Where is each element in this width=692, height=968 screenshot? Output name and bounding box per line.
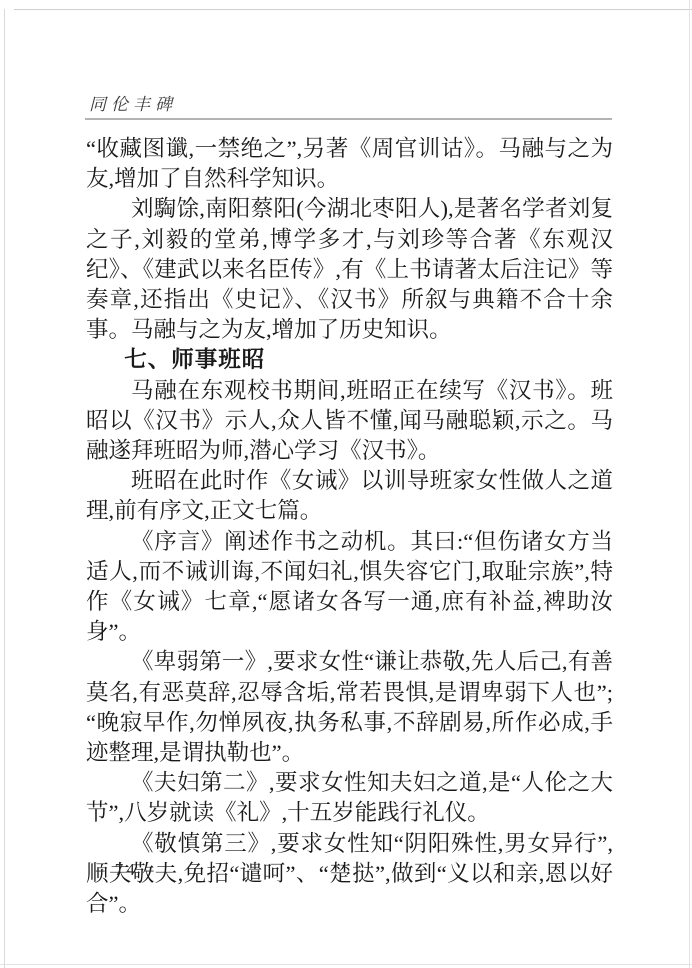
paragraph: 班昭在此时作《女诫》以训导班家女性做人之道理,前有序文,正文七篇。: [86, 466, 613, 526]
paragraph: 《卑弱第一》,要求女性“谦让恭敬,先人后己,有善莫名,有恶莫辞,忍辱含垢,常若畏…: [86, 647, 613, 768]
paragraph: 《敬慎第三》,要求女性知“阴阳殊性,男女异行”,顺夫敬夫,免招“谴呵”、“楚挞”…: [86, 829, 613, 920]
section-heading: 七、师事班昭: [86, 345, 613, 375]
paragraph: 马融在东观校书期间,班昭正在续写《汉书》。班昭以《汉书》示人,众人皆不懂,闻马融…: [86, 376, 613, 467]
header-divider: [85, 118, 612, 120]
book-page: 同伦丰碑 “收藏图谶,一禁绝之”,另著《周官训诂》。马融与之为友,增加了自然科学…: [0, 0, 692, 968]
scan-edge-top: [14, 9, 692, 10]
scan-edge-right: [689, 0, 690, 968]
paragraph: 《夫妇第二》,要求女性知夫妇之道,是“人伦之大节”,八岁就读《礼》,十五岁能践行…: [86, 768, 613, 828]
paragraph: 《序言》阐述作书之动机。其曰:“但伤诸女方当适人,而不诫训诲,不闻妇礼,惧失容它…: [86, 527, 613, 648]
scan-edge-bottom: [0, 964, 692, 965]
page-number: – 74 –: [96, 860, 157, 880]
scan-edge-left: [4, 9, 5, 968]
running-header: 同伦丰碑: [89, 90, 177, 115]
paragraph: 刘騊馀,南阳蔡阳(今湖北枣阳人),是著名学者刘复之子,刘毅的堂弟,博学多才,与刘…: [86, 194, 613, 345]
paragraph-continuation: “收藏图谶,一禁绝之”,另著《周官训诂》。马融与之为友,增加了自然科学知识。: [86, 134, 613, 194]
body-text: “收藏图谶,一禁绝之”,另著《周官训诂》。马融与之为友,增加了自然科学知识。 刘…: [86, 134, 613, 919]
